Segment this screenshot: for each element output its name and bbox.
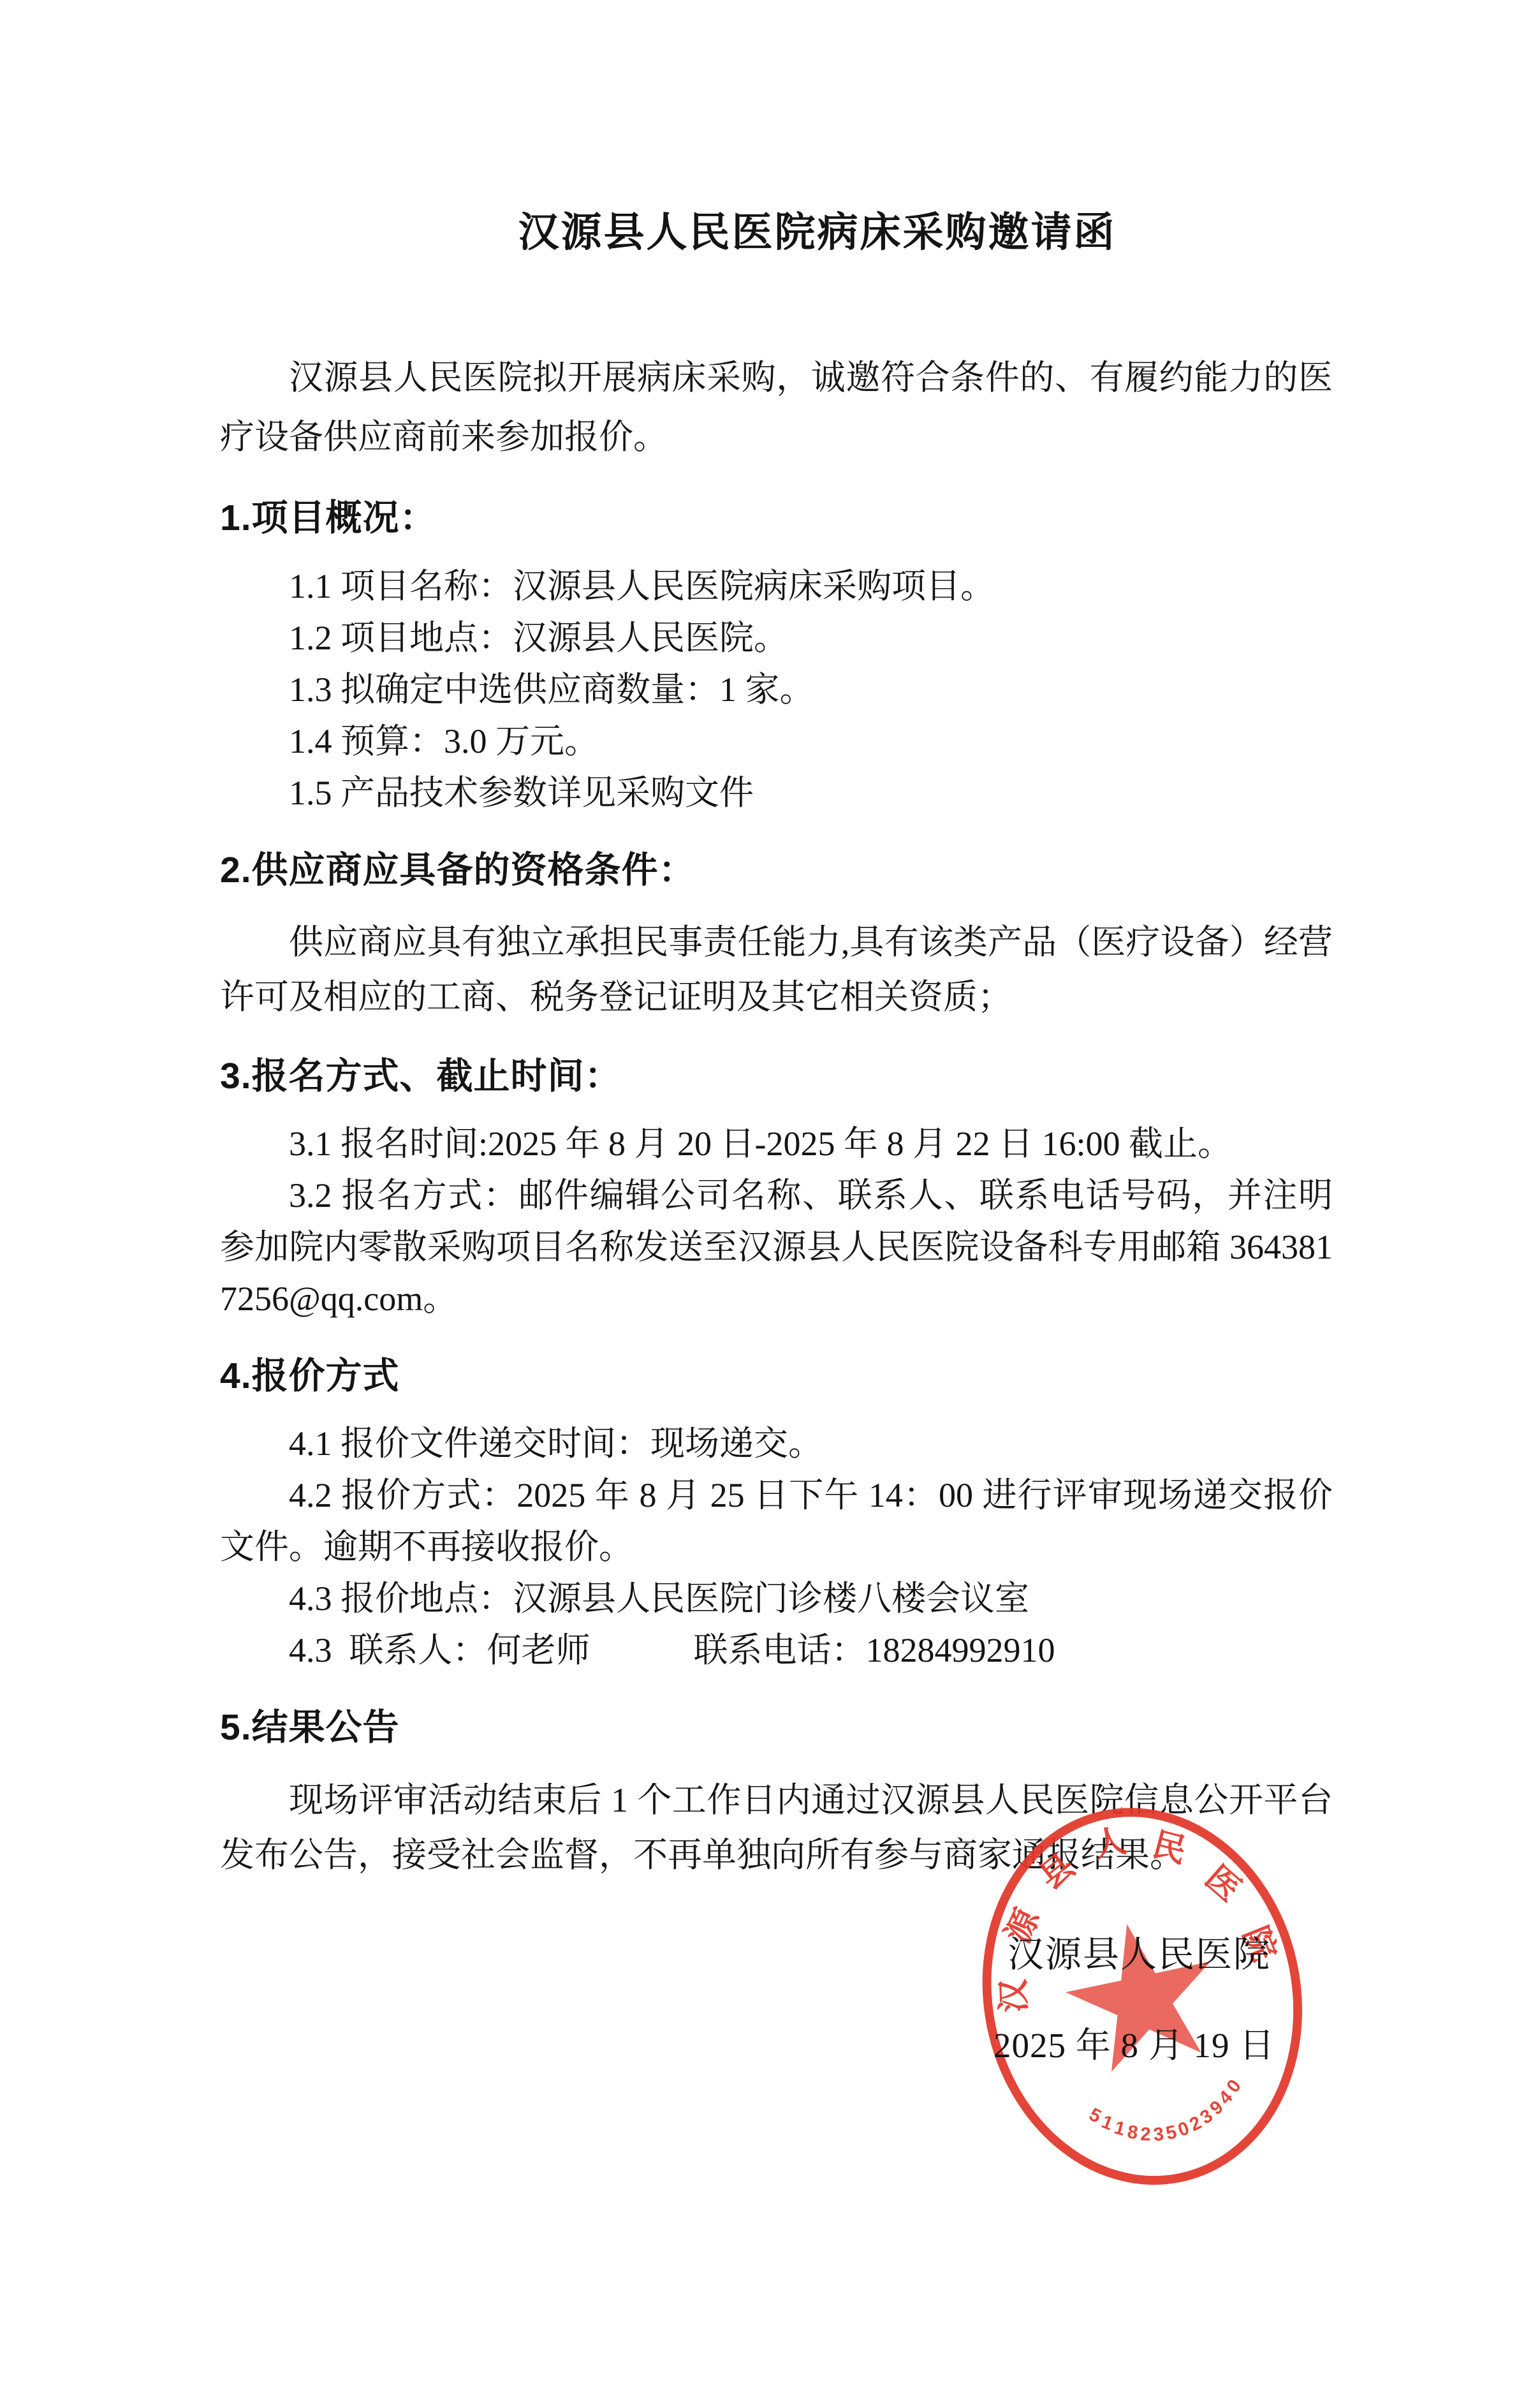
section-3-item-1: 3.1 报名时间:2025 年 8 月 20 日-2025 年 8 月 22 日… (220, 1118, 1333, 1170)
qualification-paragraph: 供应商应具有独立承担民事责任能力,具有该类产品（医疗设备）经营许可及相应的工商、… (220, 915, 1333, 1025)
stamp-serial-digit: 3 (1152, 2124, 1164, 2145)
section-4-items: 4.1 报价文件递交时间：现场递交。 4.2 报价方式：2025 年 8 月 2… (220, 1418, 1333, 1676)
section-2-heading: 2.供应商应具备的资格条件： (220, 848, 1333, 892)
stamp-serial-digit: 8 (1126, 2121, 1140, 2143)
section-4-item-4-contact-line: 4.3 联系人：何老师 联系电话：18284992910 (220, 1625, 1333, 1676)
section-1-item-1: 1.1 项目名称：汉源县人民医院病床采购项目。 (220, 561, 1333, 612)
stamp-arc-char: 民 (1148, 1826, 1190, 1870)
document-page: 汉源县人民医院病床采购邀请函 汉源县人民医院拟开展病床采购，诚邀符合条件的、有履… (0, 0, 1540, 2401)
signature-date: 2025 年 8 月 19 日 (994, 2017, 1275, 2067)
section-1-item-5: 1.5 产品技术参数详见采购文件 (220, 767, 1333, 819)
stamp-arc-char: 人 (1090, 1822, 1130, 1865)
section-4-item-2: 4.2 报价方式：2025 年 8 月 25 日下午 14：00 进行评审现场递… (220, 1470, 1333, 1573)
section-1-item-2: 1.2 项目地点：汉源县人民医院。 (220, 612, 1333, 664)
stamp-arc-char: 汉 (995, 1978, 1033, 2013)
intro-paragraph: 汉源县人民医院拟开展病床采购，诚邀符合条件的、有履约能力的医疗设备供应商前来参加… (220, 348, 1333, 467)
stamp-serial-digit: 2 (1140, 2124, 1151, 2145)
section-1-item-4: 1.4 预算：3.0 万元。 (220, 716, 1333, 767)
signature-org: 汉源县人民医院 (1008, 1925, 1271, 1977)
section-4-heading: 4.报价方式 (220, 1354, 1333, 1398)
official-seal-stamp: 汉 源 县 人 民 医 院 5 1 1 8 2 3 5 0 2 3 9 4 0 (976, 1798, 1309, 2193)
stamp-serial-digit: 1 (1112, 2117, 1127, 2140)
section-4-item-1: 4.1 报价文件递交时间：现场递交。 (220, 1418, 1333, 1470)
section-5-heading: 5.结果公告 (220, 1706, 1333, 1749)
section-1-heading: 1.项目概况： (220, 496, 1333, 540)
section-1-items: 1.1 项目名称：汉源县人民医院病床采购项目。 1.2 项目地点：汉源县人民医院… (220, 561, 1333, 819)
section-3-items: 3.1 报名时间:2025 年 8 月 20 日-2025 年 8 月 22 日… (220, 1118, 1333, 1325)
document-title: 汉源县人民医院病床采购邀请函 (220, 211, 1333, 255)
section-4-item-3: 4.3 报价地点：汉源县人民医院门诊楼八楼会议室 (220, 1573, 1333, 1625)
section-3-heading: 3.报名方式、截止时间： (220, 1054, 1333, 1098)
section-3-item-2: 3.2 报名方式：邮件编辑公司名称、联系人、联系电话号码，并注明参加院内零散采购… (220, 1170, 1333, 1325)
section-1-item-3: 1.3 拟确定中选供应商数量：1 家。 (220, 664, 1333, 716)
